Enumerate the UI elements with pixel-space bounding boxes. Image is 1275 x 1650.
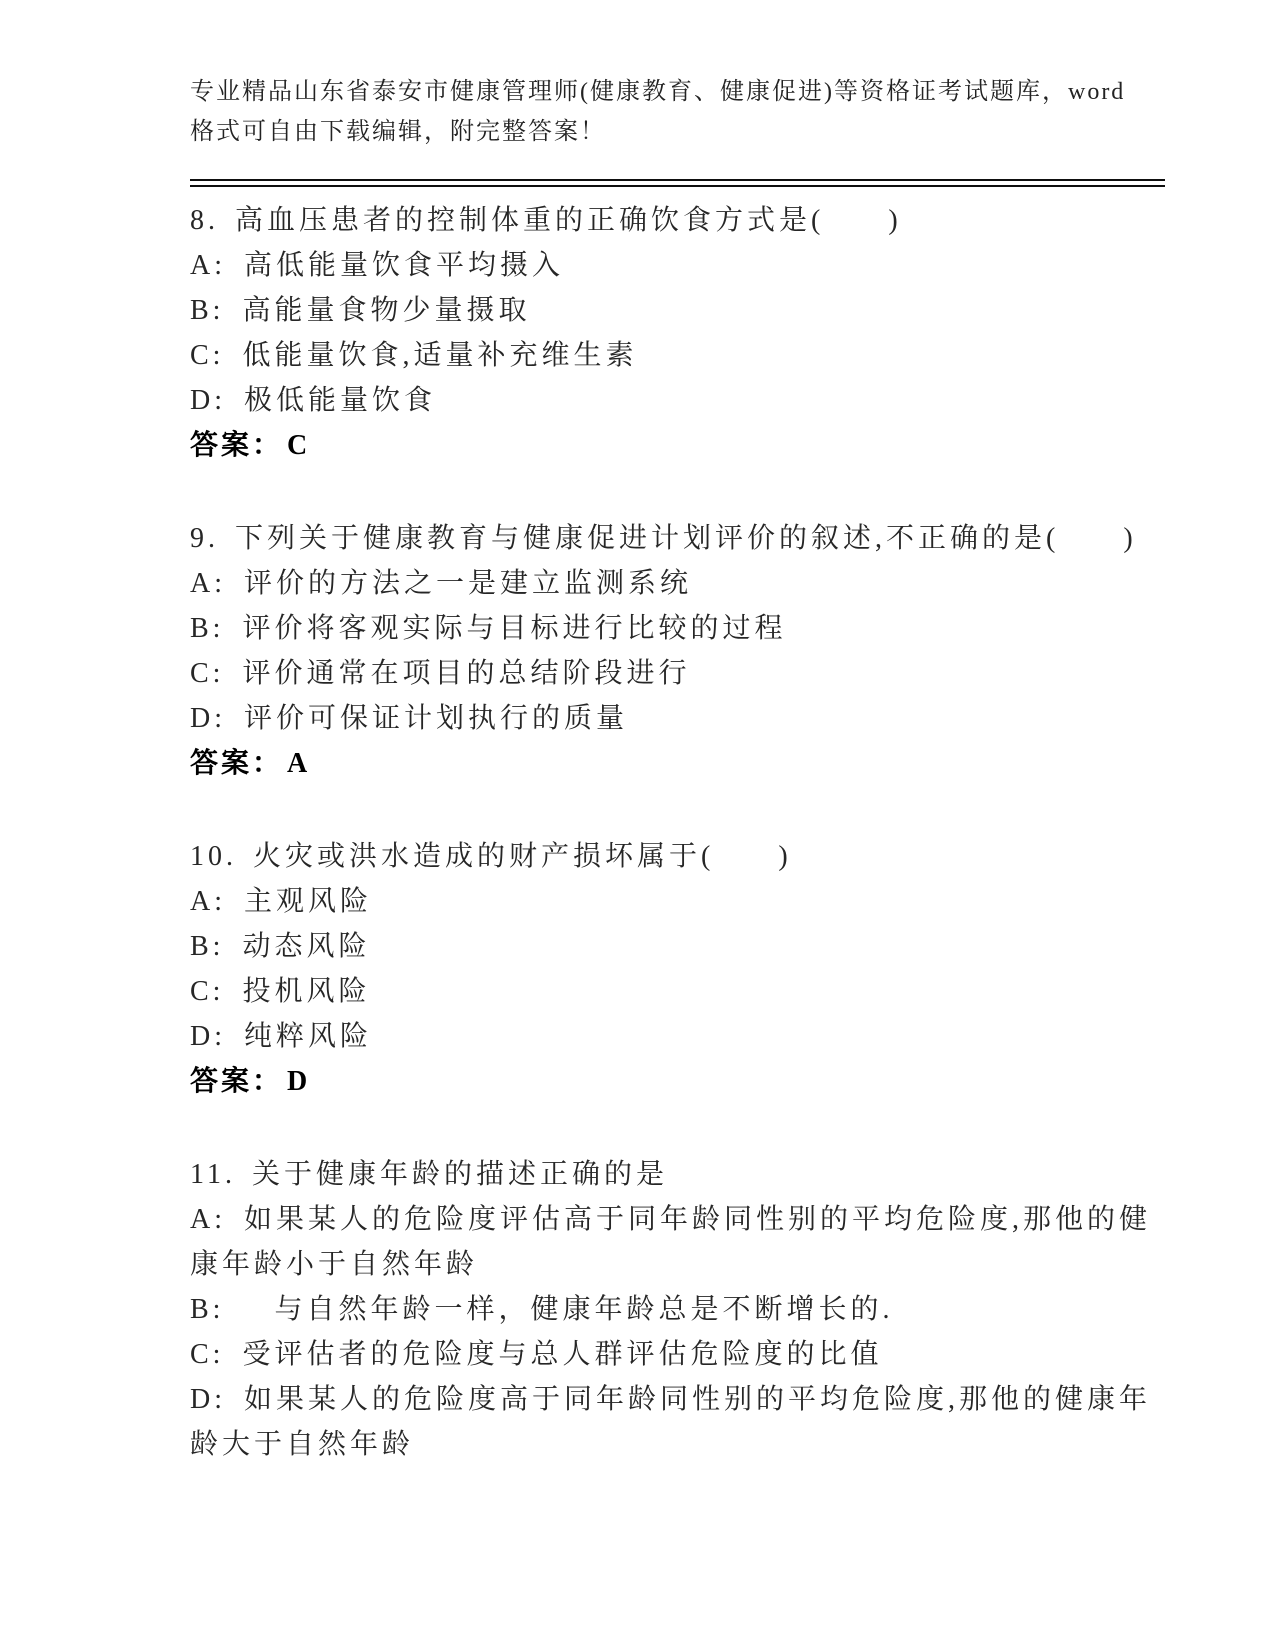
question-title-row: 11.关于健康年龄的描述正确的是 (190, 1152, 1165, 1197)
option-label: C: (190, 658, 224, 689)
question-title-row: 9.下列关于健康教育与健康促进计划评价的叙述,不正确的是( ) (190, 516, 1165, 561)
page-content: 专业精品山东省泰安市健康管理师(健康教育、健康促进)等资格证考试题库，word … (190, 0, 1165, 1467)
option-label: D: (190, 1384, 226, 1415)
question-list: 8.高血压患者的控制体重的正确饮食方式是( ) A:高低能量饮食平均摄入 B:高… (190, 198, 1165, 1467)
option-text: 与自然年龄一样，健康年龄总是不断增长的. (242, 1294, 893, 1325)
answer-row: 答案：A (190, 741, 1165, 786)
option-row-b: B:高能量食物少量摄取 (190, 288, 1165, 333)
option-label: B: (190, 1294, 224, 1325)
header-divider (190, 179, 1165, 187)
option-text: 主观风险 (244, 886, 372, 917)
answer-label: 答案： (190, 748, 283, 779)
option-row-b: B:评价将客观实际与目标进行比较的过程 (190, 606, 1165, 651)
option-row-a: A:如果某人的危险度评估高于同年龄同性别的平均危险度,那他的健 (190, 1197, 1165, 1242)
option-row-d: D:纯粹风险 (190, 1014, 1165, 1059)
option-row-d: D:极低能量饮食 (190, 378, 1165, 423)
answer-value: D (287, 1066, 310, 1097)
option-label: A: (190, 886, 226, 917)
option-row-a: A:高低能量饮食平均摄入 (190, 243, 1165, 288)
option-text: 如果某人的危险度高于同年龄同性别的平均危险度,那他的健康年 (244, 1384, 1151, 1415)
question-number: 10. (190, 841, 237, 872)
option-row-d: D:评价可保证计划执行的质量 (190, 696, 1165, 741)
option-label: A: (190, 568, 226, 599)
option-text: 动态风险 (242, 931, 370, 962)
question-title-row: 8.高血压患者的控制体重的正确饮食方式是( ) (190, 198, 1165, 243)
option-text: 评价可保证计划执行的质量 (244, 703, 628, 734)
document-header: 专业精品山东省泰安市健康管理师(健康教育、健康促进)等资格证考试题库，word … (190, 0, 1165, 152)
question-number: 11. (190, 1159, 236, 1190)
option-label: D: (190, 1021, 226, 1052)
option-row-a-continuation: 康年龄小于自然年龄 (190, 1242, 1165, 1287)
question-number: 9. (190, 523, 219, 554)
option-label: A: (190, 1204, 226, 1235)
question-block-9: 9.下列关于健康教育与健康促进计划评价的叙述,不正确的是( ) A:评价的方法之… (190, 516, 1165, 786)
option-row-a: A:评价的方法之一是建立监测系统 (190, 561, 1165, 606)
answer-row: 答案：D (190, 1059, 1165, 1104)
option-text: 纯粹风险 (244, 1021, 372, 1052)
option-continuation: 龄大于自然年龄 (190, 1429, 414, 1460)
question-block-10: 10.火灾或洪水造成的财产损坏属于( ) A:主观风险 B:动态风险 C:投机风… (190, 834, 1165, 1104)
option-row-c: C:投机风险 (190, 969, 1165, 1014)
question-title: 下列关于健康教育与健康促进计划评价的叙述,不正确的是( ) (235, 523, 1137, 554)
option-row-c: C:受评估者的危险度与总人群评估危险度的比值 (190, 1332, 1165, 1377)
question-title-row: 10.火灾或洪水造成的财产损坏属于( ) (190, 834, 1165, 879)
option-row-c: C:低能量饮食,适量补充维生素 (190, 333, 1165, 378)
option-label: B: (190, 931, 224, 962)
header-line: 格式可自由下载编辑，附完整答案！ (190, 112, 1165, 152)
option-text: 如果某人的危险度评估高于同年龄同性别的平均危险度,那他的健 (244, 1204, 1151, 1235)
question-block-8: 8.高血压患者的控制体重的正确饮食方式是( ) A:高低能量饮食平均摄入 B:高… (190, 198, 1165, 468)
option-row-c: C:评价通常在项目的总结阶段进行 (190, 651, 1165, 696)
option-text: 评价通常在项目的总结阶段进行 (242, 658, 690, 689)
answer-label: 答案： (190, 430, 283, 461)
option-row-a: A:主观风险 (190, 879, 1165, 924)
answer-value: A (287, 748, 310, 779)
answer-value: C (287, 430, 310, 461)
option-label: C: (190, 1339, 224, 1370)
option-text: 投机风险 (242, 976, 370, 1007)
option-row-b: B:动态风险 (190, 924, 1165, 969)
option-label: B: (190, 295, 224, 326)
answer-row: 答案：C (190, 423, 1165, 468)
option-row-d: D:如果某人的危险度高于同年龄同性别的平均危险度,那他的健康年 (190, 1377, 1165, 1422)
option-continuation: 康年龄小于自然年龄 (190, 1249, 478, 1280)
header-line: 专业精品山东省泰安市健康管理师(健康教育、健康促进)等资格证考试题库，word (190, 72, 1165, 112)
option-text: 高低能量饮食平均摄入 (244, 250, 564, 281)
option-label: B: (190, 613, 224, 644)
option-text: 受评估者的危险度与总人群评估危险度的比值 (242, 1339, 882, 1370)
option-label: C: (190, 976, 224, 1007)
question-title: 关于健康年龄的描述正确的是 (252, 1159, 668, 1190)
option-text: 低能量饮食,适量补充维生素 (242, 340, 637, 371)
option-text: 极低能量饮食 (244, 385, 436, 416)
option-text: 评价将客观实际与目标进行比较的过程 (242, 613, 786, 644)
question-title: 火灾或洪水造成的财产损坏属于( ) (253, 841, 792, 872)
option-label: C: (190, 340, 224, 371)
option-text: 高能量食物少量摄取 (242, 295, 530, 326)
question-title: 高血压患者的控制体重的正确饮食方式是( ) (235, 205, 902, 236)
option-label: A: (190, 250, 226, 281)
option-label: D: (190, 703, 226, 734)
question-number: 8. (190, 205, 219, 236)
option-row-b: B: 与自然年龄一样，健康年龄总是不断增长的. (190, 1287, 1165, 1332)
option-label: D: (190, 385, 226, 416)
question-block-11: 11.关于健康年龄的描述正确的是 A:如果某人的危险度评估高于同年龄同性别的平均… (190, 1152, 1165, 1467)
option-text: 评价的方法之一是建立监测系统 (244, 568, 692, 599)
answer-label: 答案： (190, 1066, 283, 1097)
option-row-d-continuation: 龄大于自然年龄 (190, 1422, 1165, 1467)
